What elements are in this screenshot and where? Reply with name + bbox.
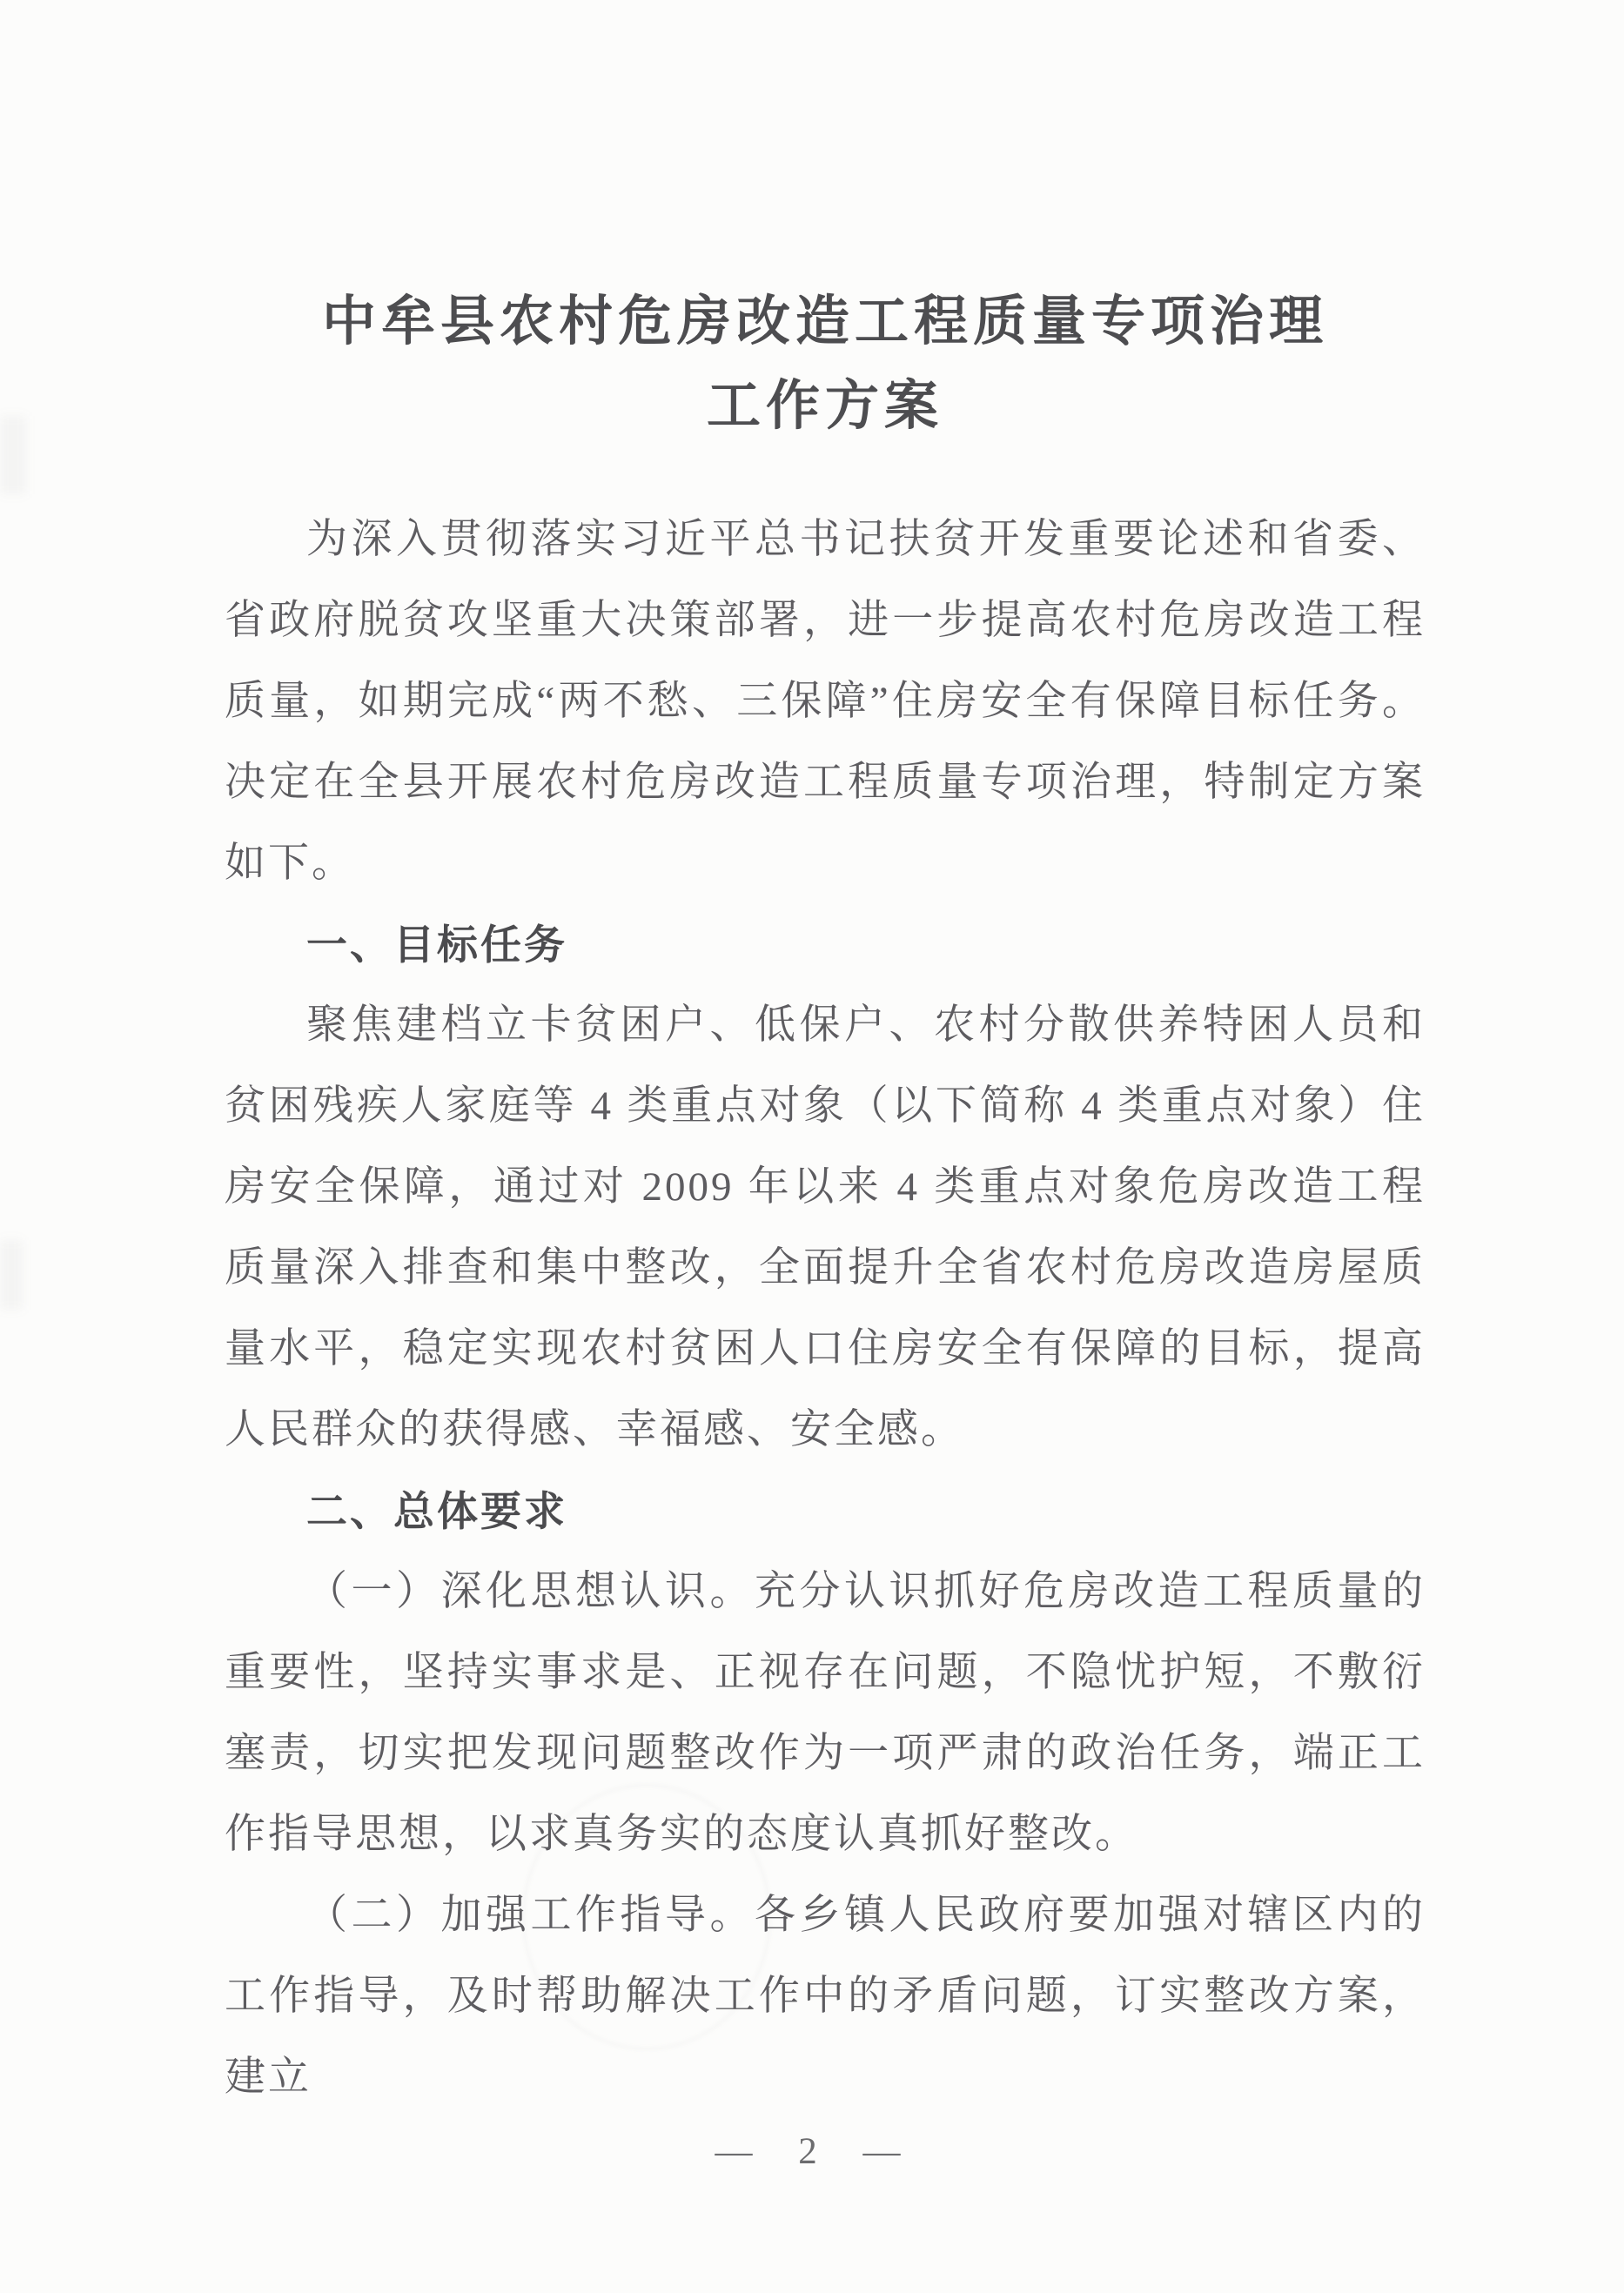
paragraph-goals: 聚焦建档立卡贫困户、低保户、农村分散供养特困人员和贫困残疾人家庭等 4 类重点对… bbox=[225, 985, 1426, 1471]
document-title-line-1: 中牟县农村危房改造工程质量专项治理 bbox=[225, 280, 1426, 365]
scanned-document-page: 中牟县农村危房改造工程质量专项治理 工作方案 为深入贯彻落实习近平总书记扶贫开发… bbox=[0, 0, 1624, 2293]
page-number: — 2 — bbox=[0, 2130, 1624, 2173]
scan-artifact bbox=[0, 416, 26, 494]
document-body: 中牟县农村危房改造工程质量专项治理 工作方案 为深入贯彻落实习近平总书记扶贫开发… bbox=[225, 0, 1426, 2118]
paragraph-intro: 为深入贯彻落实习近平总书记扶贫开发重要论述和省委、省政府脱贫攻坚重大决策部署，进… bbox=[225, 499, 1426, 904]
section-heading-2: 二、总体要求 bbox=[225, 1471, 1426, 1552]
document-title-line-2: 工作方案 bbox=[225, 365, 1426, 449]
paragraph-requirement-1: （一）深化思想认识。充分认识抓好危房改造工程质量的重要性，坚持实事求是、正视存在… bbox=[225, 1552, 1426, 1875]
document-text: 为深入贯彻落实习近平总书记扶贫开发重要论述和省委、省政府脱贫攻坚重大决策部署，进… bbox=[225, 499, 1426, 2118]
document-title: 中牟县农村危房改造工程质量专项治理 工作方案 bbox=[225, 280, 1426, 449]
scan-artifact bbox=[0, 1240, 23, 1310]
section-heading-1: 一、目标任务 bbox=[225, 904, 1426, 985]
paragraph-requirement-2: （二）加强工作指导。各乡镇人民政府要加强对辖区内的工作指导，及时帮助解决工作中的… bbox=[225, 1875, 1426, 2118]
